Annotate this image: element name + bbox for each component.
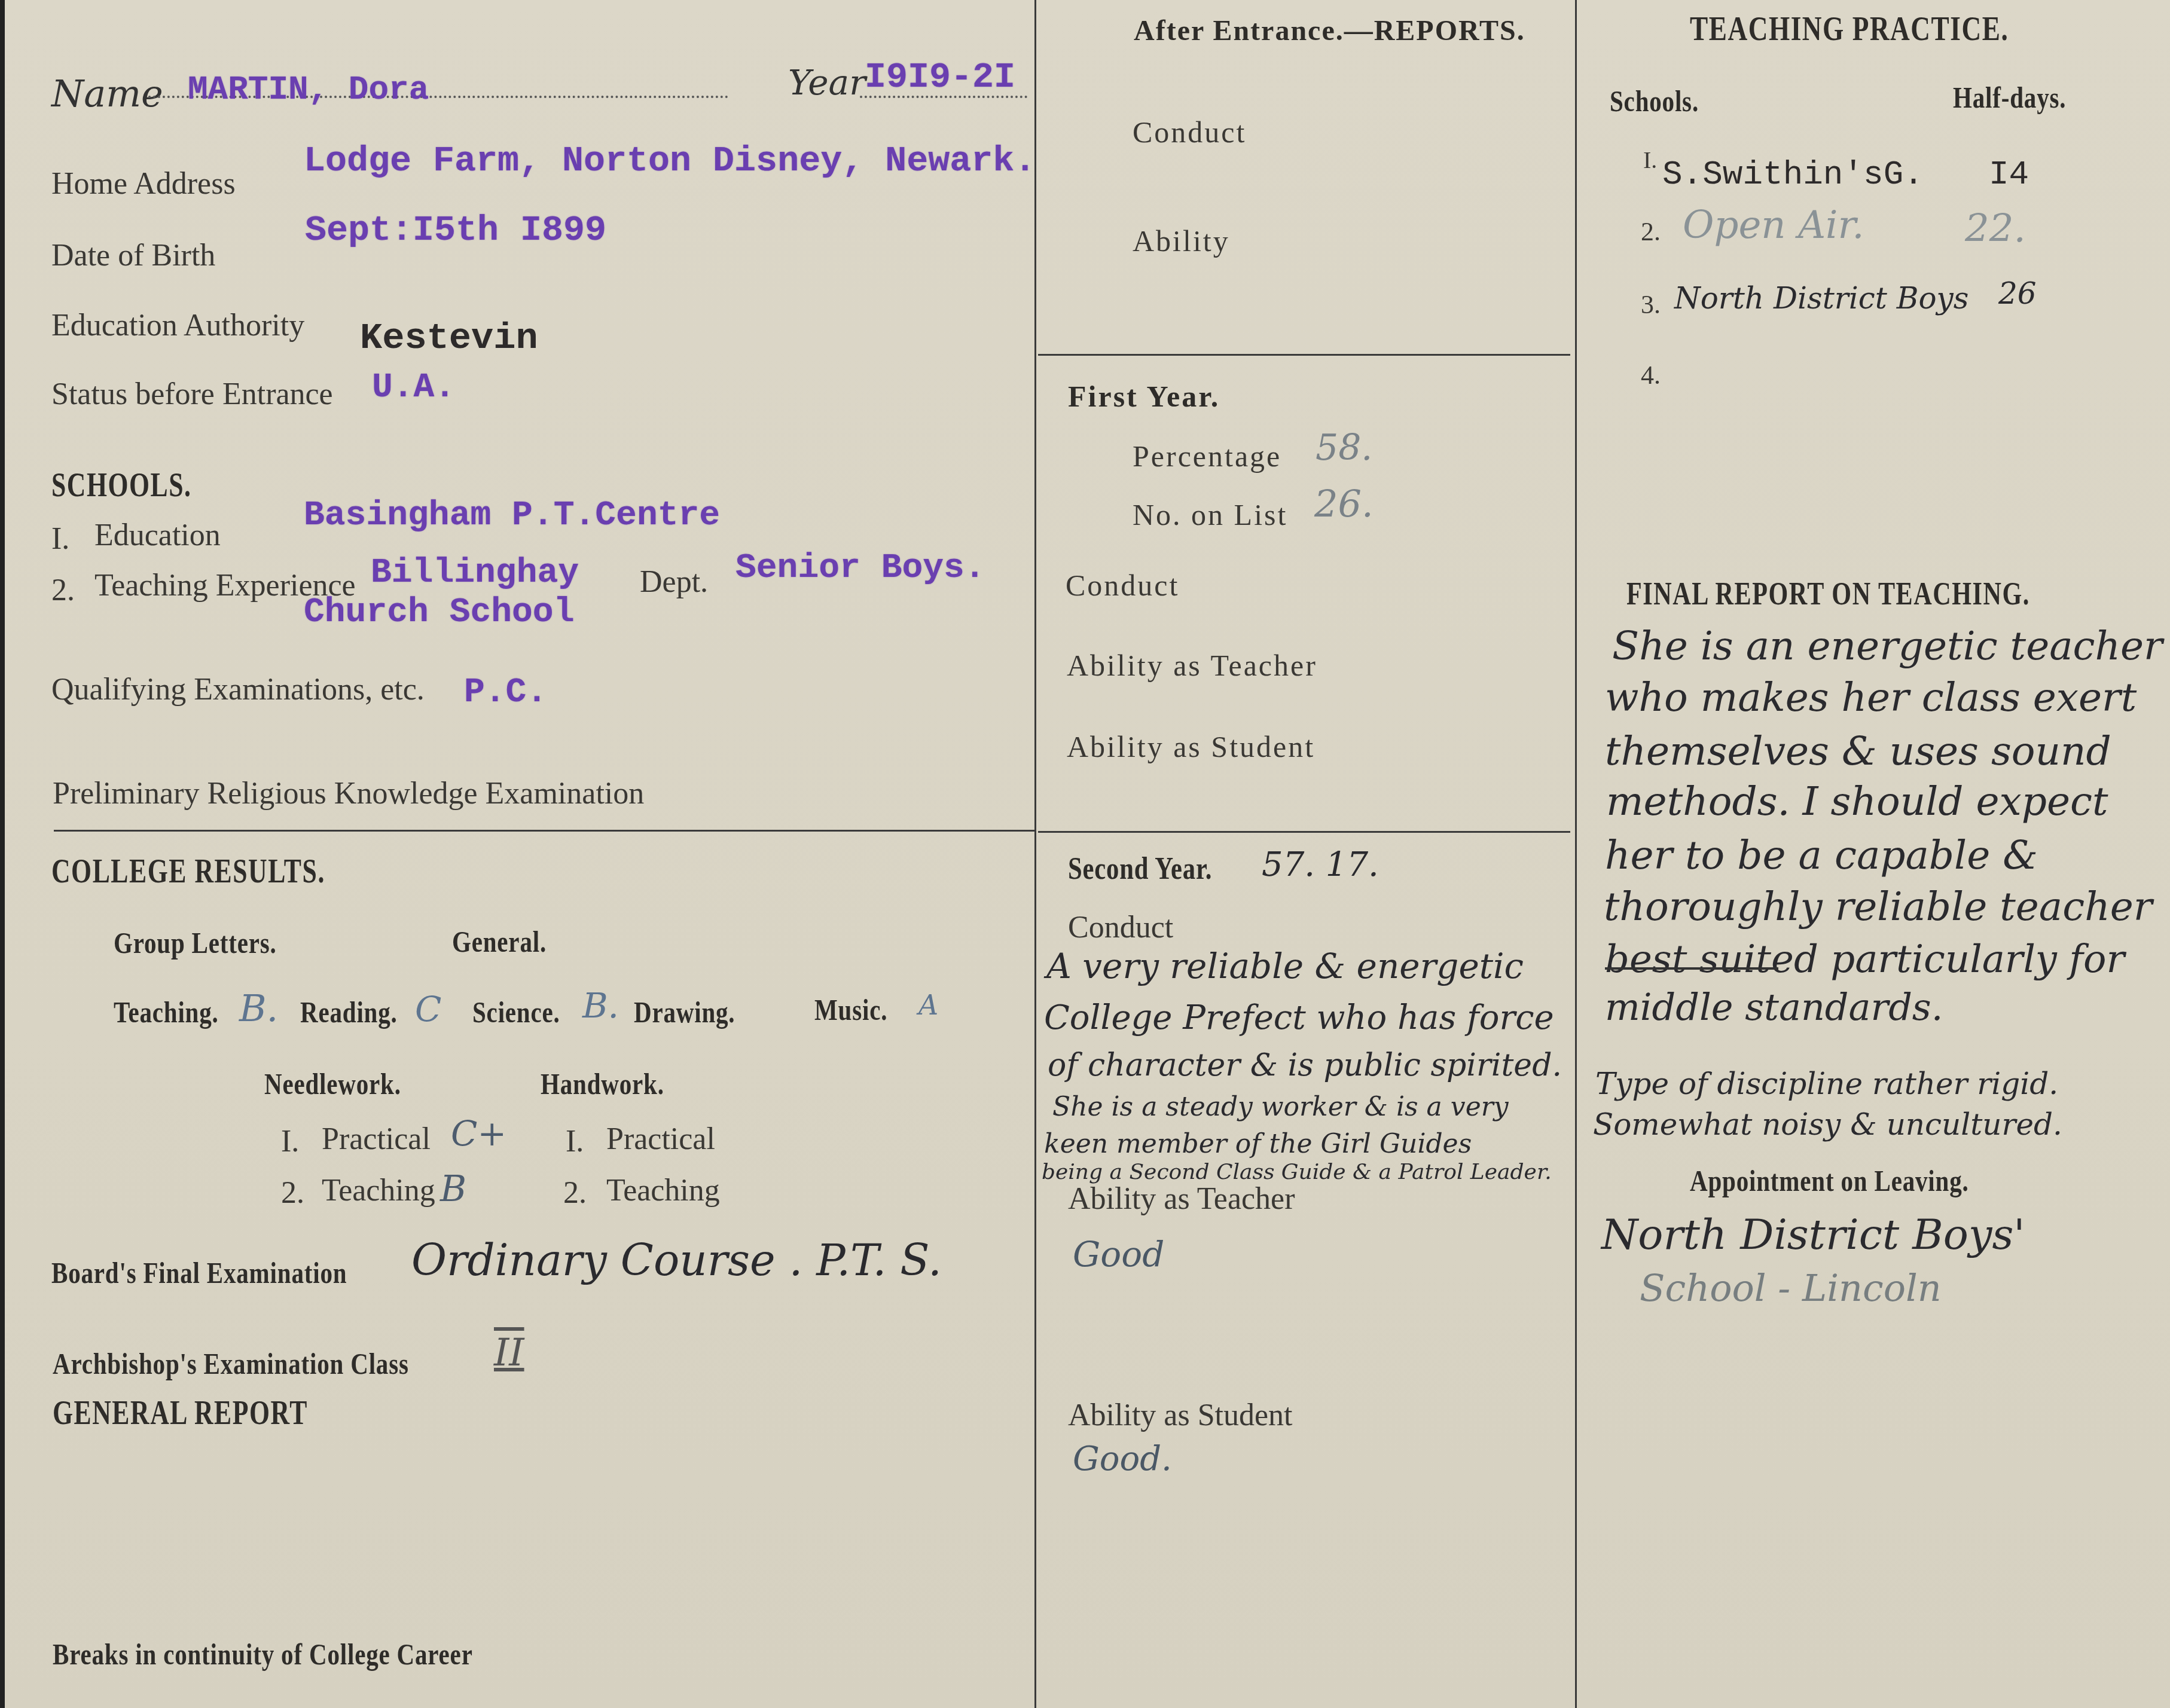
reports-ability-label: Ability (1133, 224, 1230, 258)
education-authority-value: Kestevin (360, 317, 538, 359)
final-report-line: thoroughly reliable teacher (1604, 884, 2152, 930)
needlework-label: Needlework. (264, 1067, 401, 1101)
year-label: Year (788, 62, 866, 103)
final-report-line: methods. I should expect (1606, 778, 2108, 824)
breaks-label: Breaks in continuity of College Career (53, 1637, 473, 1672)
needlework-teaching-label: Teaching (322, 1173, 435, 1208)
final-report-line: themselves & uses sound (1605, 728, 2111, 774)
second-year-ability-student-label: Ability as Student (1068, 1398, 1293, 1433)
handwork-teaching-label: Teaching (606, 1173, 720, 1208)
college-results-heading: COLLEGE RESULTS. (51, 853, 325, 891)
dob-label: Date of Birth (51, 238, 215, 273)
tp-row-halfdays: 26 (1998, 276, 2037, 311)
needlework-practical-grade: C+ (451, 1113, 506, 1154)
second-year-conduct-line: A very reliable & energetic (1046, 946, 1524, 986)
second-year-heading-value: 57. 17. (1262, 845, 1379, 884)
subject-science-label: Science. (472, 995, 560, 1029)
tp-row-school: S.Swithin'sG. (1662, 155, 1924, 194)
status-value: U.A. (372, 368, 455, 407)
education-num: I. (51, 521, 69, 557)
divider-left-college (54, 830, 1034, 832)
qualifying-value: P.C. (464, 673, 547, 712)
no-on-list-label: No. on List (1133, 497, 1287, 532)
status-label: Status before Entrance (51, 377, 333, 412)
second-year-ability-teacher-value: Good (1073, 1234, 1164, 1275)
tp-row-school: Open Air. (1683, 203, 1864, 248)
handwork-teaching-num: 2. (563, 1175, 587, 1211)
archbishop-value: II (494, 1331, 524, 1375)
second-year-heading: Second Year. (1068, 851, 1212, 887)
final-report-heading: FINAL REPORT ON TEACHING. (1626, 575, 2030, 612)
final-report-line: She is an energetic teacher (1612, 623, 2163, 669)
final-report-line: her to be a capable & (1605, 832, 2038, 878)
subject-teaching-label: Teaching. (114, 995, 219, 1029)
second-year-conduct-line: being a Second Class Guide & a Patrol Le… (1042, 1160, 1552, 1184)
appointment-line1: North District Boys' (1601, 1210, 2025, 1259)
needlework-teaching-grade: B (440, 1168, 466, 1210)
column-divider-right (1575, 0, 1577, 1708)
student-record-card: Name MARTIN, Dora Year I9I9-2I Home Addr… (0, 0, 2170, 1708)
teaching-practice-heading: TEACHING PRACTICE. (1690, 8, 2009, 48)
schools-heading: SCHOOLS. (51, 466, 192, 505)
strikethrough-mark (1605, 967, 1778, 970)
subject-reading-label: Reading. (300, 995, 398, 1029)
second-year-conduct-line: College Prefect who has force (1044, 998, 1554, 1037)
discipline-line: Type of discipline rather rigid. (1595, 1067, 2058, 1101)
handwork-label: Handwork. (541, 1067, 664, 1101)
name-field: Name (51, 72, 163, 115)
second-year-conduct-label: Conduct (1068, 910, 1173, 945)
first-year-ability-teacher-label: Ability as Teacher (1067, 648, 1317, 683)
home-address-value: Lodge Farm, Norton Disney, Newark. (304, 141, 1036, 182)
handwork-practical-label: Practical (606, 1122, 715, 1157)
first-year-conduct-label: Conduct (1066, 568, 1179, 603)
tp-row-num: 3. (1641, 289, 1661, 320)
second-year-ability-teacher-label: Ability as Teacher (1068, 1181, 1295, 1217)
appointment-label: Appointment on Leaving. (1690, 1163, 1969, 1198)
subject-teaching-grade: B. (239, 986, 278, 1030)
tp-row-num: 2. (1641, 216, 1661, 247)
boards-final-label: Board's Final Examination (51, 1255, 347, 1290)
second-year-conduct-line: keen member of the Girl Guides (1044, 1129, 1472, 1159)
education-label: Education (94, 518, 221, 553)
column-divider-left (1034, 0, 1036, 1708)
group-letters-label: Group Letters. (114, 925, 277, 960)
percentage-label: Percentage (1133, 439, 1281, 473)
dept-value: Senior Boys. (735, 549, 985, 588)
subject-music-label: Music. (814, 992, 887, 1027)
first-year-heading: First Year. (1068, 379, 1220, 414)
handwork-practical-num: I. (566, 1124, 584, 1159)
divider-mid-second-year (1038, 831, 1570, 833)
education-authority-label: Education Authority (51, 308, 304, 343)
qualifying-label: Qualifying Examinations, etc. (51, 672, 425, 707)
needlework-practical-num: I. (281, 1124, 299, 1159)
tp-row-halfdays: 22. (1965, 207, 2026, 251)
discipline-line: Somewhat noisy & uncultured. (1593, 1107, 2062, 1142)
needlework-practical-label: Practical (322, 1122, 431, 1157)
general-report-label: GENERAL REPORT (53, 1394, 308, 1432)
year-value: I9I9-2I (865, 57, 1015, 98)
final-report-line: who makes her class exert (1605, 674, 2137, 720)
final-report-line: middle standards. (1605, 985, 1943, 1029)
dob-value: Sept:I5th I899 (305, 210, 606, 251)
tp-row-school: North District Boys (1674, 281, 1968, 316)
name-label: Name (51, 72, 163, 115)
reports-heading: After Entrance.—REPORTS. (1134, 14, 1525, 47)
second-year-conduct-line: She is a steady worker & is a very (1052, 1092, 1509, 1122)
experience-value-line1: Billinghay (371, 554, 579, 592)
boards-final-value: Ordinary Course . P.T. S. (411, 1235, 942, 1285)
needlework-teaching-num: 2. (281, 1175, 304, 1211)
reports-conduct-label: Conduct (1133, 115, 1246, 149)
tp-schools-label: Schools. (1610, 84, 1699, 118)
experience-value-line2: Church School (304, 593, 574, 632)
tp-halfdays-label: Half-days. (1953, 80, 2066, 115)
final-report-line: best suited particularly for (1605, 937, 2125, 982)
general-label: General. (452, 924, 547, 959)
first-year-ability-student-label: Ability as Student (1067, 729, 1315, 764)
second-year-conduct-line: of character & is public spirited. (1048, 1047, 1562, 1083)
home-address-label: Home Address (51, 166, 236, 201)
tp-row-halfdays: I4 (1989, 155, 2029, 194)
percentage-value: 58. (1316, 427, 1372, 469)
appointment-line2: School - Lincoln (1640, 1266, 1942, 1310)
religious-exam-label: Preliminary Religious Knowledge Examinat… (53, 776, 644, 811)
tp-row-num: I. (1643, 146, 1657, 174)
subject-music-grade: A (918, 989, 938, 1021)
dept-label: Dept. (640, 564, 708, 600)
subject-drawing-label: Drawing. (634, 995, 735, 1029)
tp-row-num: 4. (1641, 360, 1661, 390)
no-on-list-value: 26. (1314, 482, 1374, 525)
subject-reading-grade: C (415, 989, 441, 1029)
experience-num: 2. (51, 573, 75, 608)
name-value: MARTIN, Dora (188, 71, 429, 109)
education-value: Basingham P.T.Centre (304, 496, 720, 535)
archbishop-label: Archbishop's Examination Class (53, 1346, 409, 1381)
subject-science-grade: B. (582, 985, 619, 1026)
second-year-ability-student-value: Good. (1073, 1440, 1172, 1478)
divider-mid-first-year (1038, 354, 1570, 356)
